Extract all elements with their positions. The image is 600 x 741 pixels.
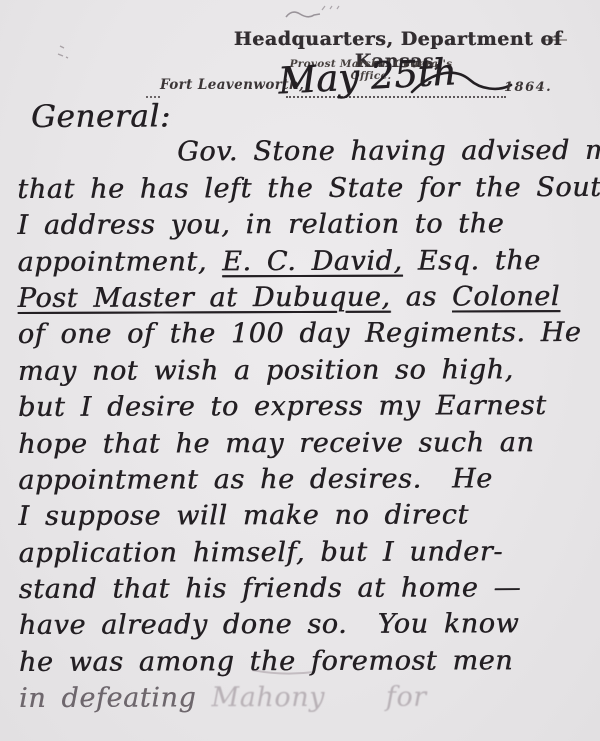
- handwritten-line: hope that he may receive such an: [18, 425, 586, 463]
- handwritten-line: Post Master at Dubuque, as Colonel: [18, 279, 586, 317]
- handwriting-segment: that he has left the State for the South…: [17, 172, 600, 205]
- handwriting-segment: appointment as he desires. He: [18, 463, 493, 496]
- handwritten-line: appointment, E. C. David, Esq. the: [17, 243, 585, 281]
- handwritten-line: appointment as he desires. He: [18, 461, 586, 499]
- handwritten-line: Gov. Stone having advised me: [17, 133, 585, 171]
- handwriting-segment: hope that he may receive such an: [18, 427, 534, 460]
- handwriting-segment: Esq. the: [402, 245, 540, 276]
- handwriting-segment: Mahony for: [211, 682, 426, 714]
- letter-body: General: Gov. Stone having advised metha…: [17, 97, 587, 718]
- handwritten-line: that he has left the State for the South…: [17, 170, 585, 208]
- handwriting-segment: he was among the foremost men: [19, 645, 513, 678]
- handwriting-segment: Post Master at Dubuque,: [18, 282, 391, 314]
- handwritten-line: stand that his friends at home —: [19, 570, 587, 608]
- handwritten-line: he was among the foremost men: [19, 643, 587, 681]
- handwritten-line: may not wish a position so high,: [18, 352, 586, 390]
- handwritten-line: application himself, but I under-: [18, 534, 586, 572]
- handwriting-segment: as: [390, 281, 452, 312]
- handwritten-line: in defeating Mahony for: [19, 679, 587, 717]
- handwritten-line: of one of the 100 day Regiments. He: [18, 315, 586, 353]
- handwriting-segment: stand that his friends at home —: [19, 572, 522, 605]
- handwriting-segment: E. C. David,: [222, 245, 403, 277]
- handwriting-segment: I suppose will make no direct: [18, 500, 468, 533]
- handwriting-segment: Colonel: [452, 281, 560, 312]
- handwritten-line: have already done so. You know: [19, 606, 587, 644]
- handwriting-segment: have already done so. You know: [19, 609, 520, 642]
- salutation: General:: [17, 97, 585, 135]
- handwriting-segment: in defeating: [19, 683, 212, 715]
- handwritten-line: I address you, in relation to the: [17, 206, 585, 244]
- handwritten-line: but I desire to express my Earnest: [18, 388, 586, 426]
- handwriting-segment: of one of the 100 day Regiments. He: [18, 317, 582, 350]
- handwriting-segment: Gov. Stone having advised me: [177, 135, 600, 168]
- handwritten-line: I suppose will make no direct: [18, 497, 586, 535]
- dotted-rule-left: [146, 82, 160, 98]
- handwriting-segment: I address you, in relation to the: [17, 208, 504, 241]
- scanned-letter: Headquarters, Department of Kansas, Prov…: [0, 0, 600, 741]
- handwriting-segment: application himself, but I under-: [18, 536, 502, 569]
- year-label: 1864.: [504, 80, 552, 95]
- pencil-squiggle-mark: [286, 12, 320, 17]
- handwriting-segment: may not wish a position so high,: [18, 354, 514, 387]
- handwriting-segment: appointment,: [17, 246, 222, 278]
- handwriting-segment: but I desire to express my Earnest: [18, 390, 547, 423]
- pencil-tick-marks: [322, 6, 339, 10]
- letter-lines: Gov. Stone having advised methat he has …: [17, 133, 587, 717]
- pencil-dot-marks: [58, 46, 68, 58]
